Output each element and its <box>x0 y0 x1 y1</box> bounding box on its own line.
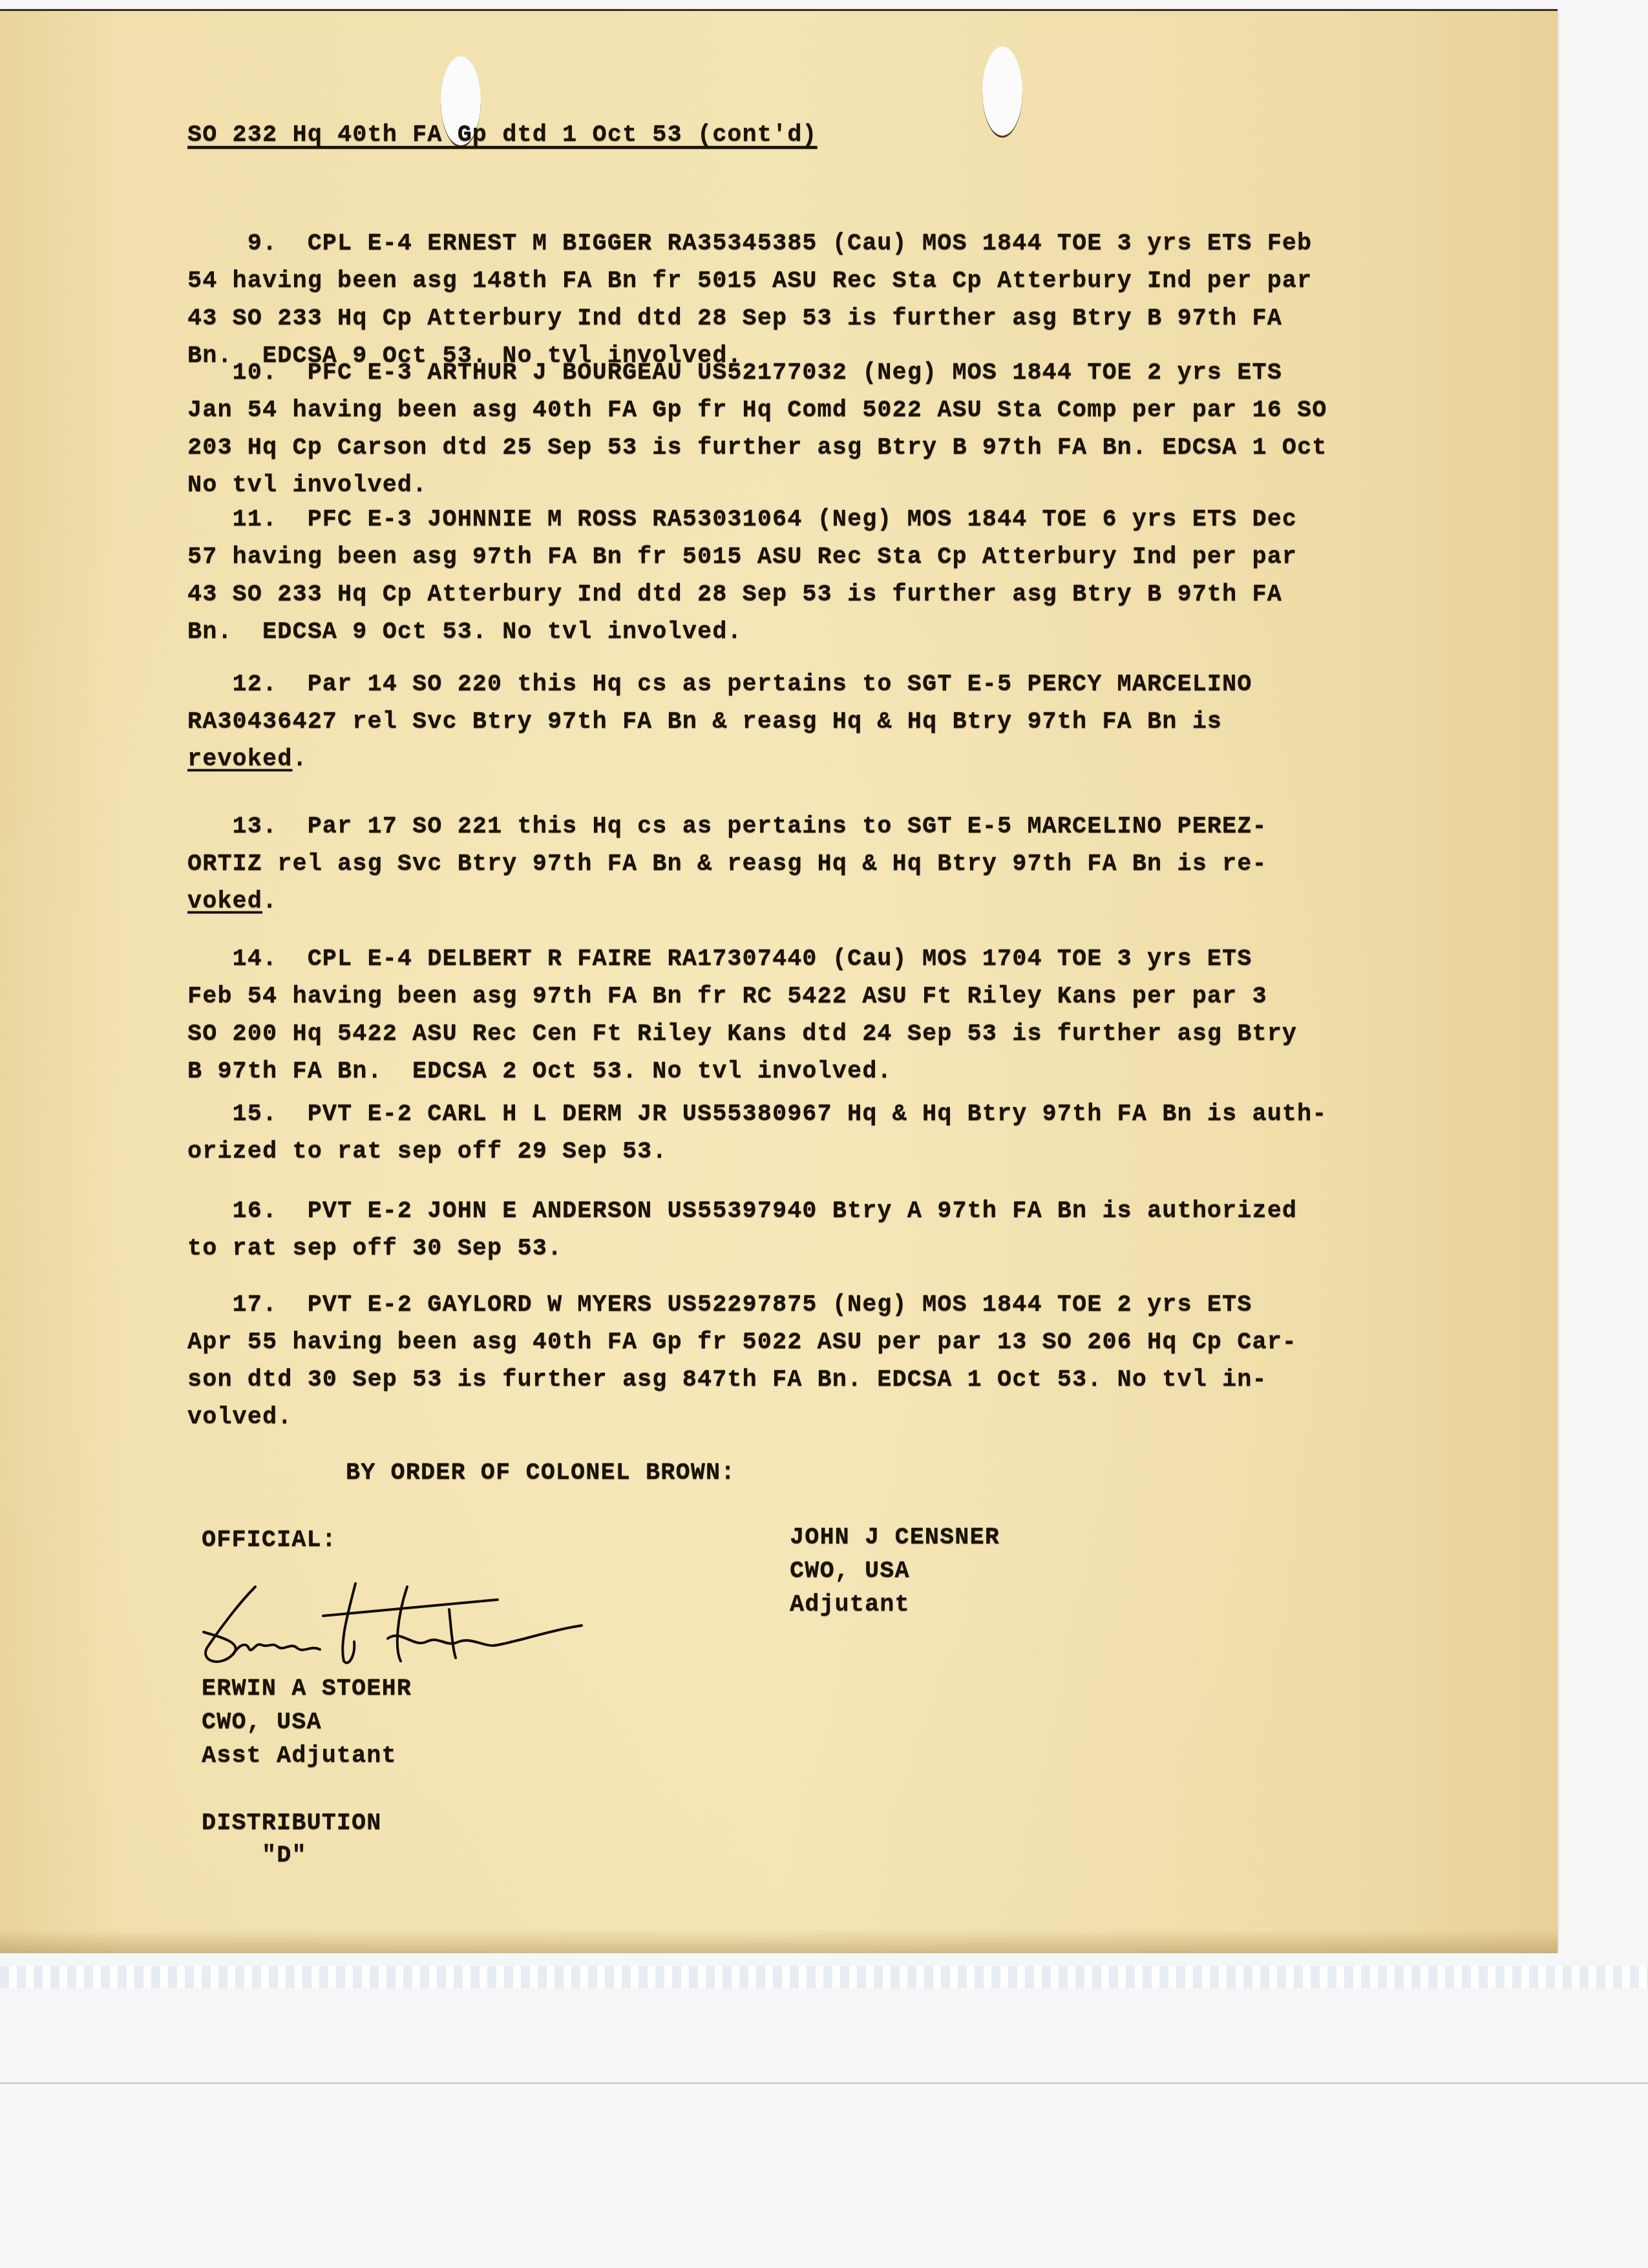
paragraph-line: 43 SO 233 Hq Cp Atterbury Ind dtd 28 Sep… <box>187 300 1448 337</box>
adjutant-name: JOHN J CENSNER <box>790 1524 1000 1551</box>
paragraph-line: to rat sep off 30 Sep 53. <box>187 1230 1448 1267</box>
paragraph-line: RA30436427 rel Svc Btry 97th FA Bn & rea… <box>187 703 1448 741</box>
paragraph-line: Apr 55 having been asg 40th FA Gp fr 502… <box>187 1324 1448 1361</box>
paragraph-line: 9. CPL E-4 ERNEST M BIGGER RA35345385 (C… <box>187 225 1448 262</box>
paper-edge-stain <box>0 1929 1558 1955</box>
paragraph-line: No tvl involved. <box>187 467 1448 504</box>
asst-adjutant-rank: CWO, USA <box>202 1709 322 1736</box>
signature-text: Erwin A Stoehr <box>194 1577 280 1580</box>
distribution-label: DISTRIBUTION <box>202 1810 381 1837</box>
paragraph-15: 15. PVT E-2 CARL H L DERM JR US55380967 … <box>187 1096 1448 1171</box>
paragraph-line: voked. <box>187 883 1448 920</box>
document-header: SO 232 Hq 40th FA Gp dtd 1 Oct 53 (cont'… <box>187 122 818 149</box>
paragraph-line: 57 having been asg 97th FA Bn fr 5015 AS… <box>187 538 1448 576</box>
asst-adjutant-title: Asst Adjutant <box>202 1743 397 1770</box>
paragraph-14: 14. CPL E-4 DELBERT R FAIRE RA17307440 (… <box>187 940 1448 1090</box>
paragraph-line: Bn. EDCSA 9 Oct 53. No tvl involved. <box>187 613 1448 651</box>
handwritten-signature: Erwin A Stoehr <box>194 1577 724 1674</box>
paragraph-line: volved. <box>187 1399 1448 1436</box>
revoked-word: voked <box>187 888 262 915</box>
paragraph-line: ORTIZ rel asg Svc Btry 97th FA Bn & reas… <box>187 845 1448 883</box>
distribution-value: "D" <box>262 1842 307 1869</box>
asst-adjutant-name: ERWIN A STOEHR <box>202 1675 412 1702</box>
paragraph-line: SO 200 Hq 5422 ASU Rec Cen Ft Riley Kans… <box>187 1015 1448 1053</box>
punch-hole-right <box>982 47 1022 138</box>
paragraph-9: 9. CPL E-4 ERNEST M BIGGER RA35345385 (C… <box>187 225 1448 375</box>
paragraph-11: 11. PFC E-3 JOHNNIE M ROSS RA53031064 (N… <box>187 501 1448 651</box>
paragraph-line: 203 Hq Cp Carson dtd 25 Sep 53 is furthe… <box>187 429 1448 467</box>
period: . <box>262 888 277 915</box>
paragraph-line: Feb 54 having been asg 97th FA Bn fr RC … <box>187 978 1448 1015</box>
binder-sleeve-edge <box>0 1953 1648 2084</box>
by-order-line: BY ORDER OF COLONEL BROWN: <box>346 1459 735 1487</box>
paragraph-17: 17. PVT E-2 GAYLORD W MYERS US52297875 (… <box>187 1286 1448 1436</box>
official-label: OFFICIAL: <box>202 1527 337 1554</box>
paragraph-10: 10. PFC E-3 ARTHUR J BOURGEAU US52177032… <box>187 354 1448 504</box>
paragraph-line: 54 having been asg 148th FA Bn fr 5015 A… <box>187 262 1448 300</box>
paragraph-line: 16. PVT E-2 JOHN E ANDERSON US55397940 B… <box>187 1192 1448 1230</box>
adjutant-rank: CWO, USA <box>790 1558 910 1585</box>
paragraph-line: 11. PFC E-3 JOHNNIE M ROSS RA53031064 (N… <box>187 501 1448 538</box>
revoked-word: revoked <box>187 746 292 773</box>
paragraph-line: 43 SO 233 Hq Cp Atterbury Ind dtd 28 Sep… <box>187 576 1448 613</box>
paragraph-line: 14. CPL E-4 DELBERT R FAIRE RA17307440 (… <box>187 940 1448 978</box>
paragraph-16: 16. PVT E-2 JOHN E ANDERSON US55397940 B… <box>187 1192 1448 1267</box>
paragraph-line: 15. PVT E-2 CARL H L DERM JR US55380967 … <box>187 1096 1448 1133</box>
paragraph-line: son dtd 30 Sep 53 is further asg 847th F… <box>187 1361 1448 1399</box>
paragraph-line: 17. PVT E-2 GAYLORD W MYERS US52297875 (… <box>187 1286 1448 1324</box>
paragraph-line: 12. Par 14 SO 220 this Hq cs as pertains… <box>187 666 1448 703</box>
paragraph-line: 13. Par 17 SO 221 this Hq cs as pertains… <box>187 808 1448 845</box>
binder-perforation-strip <box>0 1966 1648 1988</box>
paragraph-12: 12. Par 14 SO 220 this Hq cs as pertains… <box>187 666 1448 778</box>
paragraph-line: B 97th FA Bn. EDCSA 2 Oct 53. No tvl inv… <box>187 1053 1448 1090</box>
period: . <box>292 746 307 773</box>
adjutant-title: Adjutant <box>790 1591 910 1618</box>
paragraph-line: 10. PFC E-3 ARTHUR J BOURGEAU US52177032… <box>187 354 1448 392</box>
paragraph-13: 13. Par 17 SO 221 this Hq cs as pertains… <box>187 808 1448 920</box>
paragraph-line: Jan 54 having been asg 40th FA Gp fr Hq … <box>187 392 1448 429</box>
paragraph-line: revoked. <box>187 741 1448 778</box>
paragraph-line: orized to rat sep off 29 Sep 53. <box>187 1133 1448 1171</box>
